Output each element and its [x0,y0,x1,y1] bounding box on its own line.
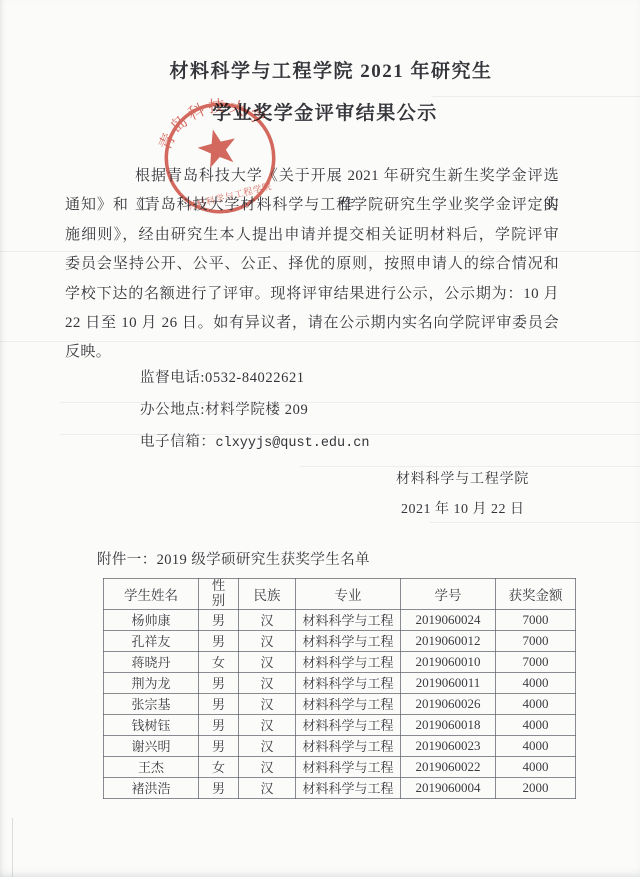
table-cell: 2019060022 [401,756,496,777]
table-cell: 女 [199,651,239,672]
table-cell: 材料科学与工程 [296,756,401,777]
table-cell: 汉 [239,714,296,735]
header-student-id: 学号 [401,579,496,610]
table-row: 王杰女汉材料科学与工程20190600224000 [104,756,576,777]
table-cell: 2000 [496,777,576,798]
header-award-amount: 获奖金额 [496,579,576,610]
table-cell: 荆为龙 [104,672,199,693]
table-cell: 4000 [496,735,576,756]
header-gender: 性别 [199,579,239,610]
table-cell: 材料科学与工程 [296,609,401,630]
table-cell: 2019060011 [401,672,496,693]
table-cell: 女 [199,756,239,777]
table-cell: 材料科学与工程 [296,735,401,756]
table-cell: 男 [199,609,239,630]
table-cell: 谢兴明 [104,735,199,756]
table-row: 蒋晓丹女汉材料科学与工程20190600107000 [104,651,576,672]
table-cell: 杨帅康 [104,609,199,630]
scan-artifact-line [430,522,640,523]
table-cell: 汉 [239,672,296,693]
office-location-line: 办公地点:材料学院楼 209 [140,398,308,419]
table-cell: 材料科学与工程 [296,693,401,714]
table-cell: 男 [199,693,239,714]
table-cell: 男 [199,777,239,798]
scan-artifact-line [432,96,640,97]
table-cell: 材料科学与工程 [296,777,401,798]
supervision-phone-line: 监督电话:0532-84022621 [140,366,305,387]
table-cell: 汉 [239,609,296,630]
table-row: 张宗基男汉材料科学与工程20190600264000 [104,693,576,714]
paragraph-line: 委员会坚持公开、公平、公正、择优的原则，按照申请人的综合情况和 [65,250,559,279]
email-line: 电子信箱：clxyyjs@qust.edu.cn [140,430,369,451]
header-student-name: 学生姓名 [104,579,199,610]
table-row: 钱树钰男汉材料科学与工程20190600184000 [104,714,576,735]
table-cell: 钱树钰 [104,714,199,735]
document-title-line1: 材料科学与工程学院 2021 年研究生 [11,56,640,83]
attachment-title: 附件一：2019 级学硕研究生获奖学生名单 [97,548,370,569]
table-cell: 7000 [496,651,576,672]
table-row: 谢兴明男汉材料科学与工程20190600234000 [104,735,576,756]
paragraph-line: 22 日至 10 月 26 日。如有异议者，请在公示期内实名向学院评审委员会 [65,309,559,338]
table-cell: 男 [199,735,239,756]
table-cell: 孔祥友 [104,630,199,651]
signature-organization: 材料科学与工程学院 [396,468,529,488]
table-cell: 2019060018 [401,714,496,735]
table-cell: 4000 [496,714,576,735]
table-row: 孔祥友男汉材料科学与工程20190600127000 [104,630,576,651]
email-address: clxyyjs@qust.edu.cn [216,436,370,451]
table-cell: 4000 [496,672,576,693]
table-header-row: 学生姓名 性别 民族 专业 学号 获奖金额 [104,579,576,610]
header-major: 专业 [296,579,401,610]
paragraph-line: 施细则》，经由研究生本人提出申请并提交相关证明材料后，学院评审 [65,221,559,250]
paragraph-line: 学校下达的名额进行了评审。现将评审结果进行公示，公示期为：10 月 [65,280,559,309]
table-cell: 材料科学与工程 [296,630,401,651]
table-cell: 褚洪浩 [104,777,199,798]
table-cell: 4000 [496,693,576,714]
table-cell: 7000 [496,630,576,651]
table-cell: 张宗基 [104,693,199,714]
signature-date: 2021 年 10 月 22 日 [401,498,525,518]
table-cell: 男 [199,672,239,693]
paragraph-line: 反映。 [65,338,559,367]
email-label: 电子信箱： [140,434,216,450]
award-results-table: 学生姓名 性别 民族 专业 学号 获奖金额 杨帅康男汉材料科学与工程201906… [103,578,576,799]
table-cell: 汉 [239,693,296,714]
scanned-document-page: 材料科学与工程学院 2021 年研究生 学业奖学金评审结果公示 青岛科技大学 材… [0,0,640,877]
table-cell: 男 [199,630,239,651]
table-row: 褚洪浩男汉材料科学与工程20190600042000 [104,777,576,798]
table-cell: 2019060026 [401,693,496,714]
table-cell: 王杰 [104,756,199,777]
table-cell: 2019060024 [401,609,496,630]
table-cell: 2019060010 [401,651,496,672]
table-cell: 材料科学与工程 [296,714,401,735]
table-cell: 材料科学与工程 [296,672,401,693]
document-title-line2: 学业奖学金评审结果公示 [5,98,640,125]
scan-artifact-line [300,466,640,467]
table-cell: 蒋晓丹 [104,651,199,672]
table-cell: 2019060004 [401,777,496,798]
table-cell: 4000 [496,756,576,777]
table-row: 杨帅康男汉材料科学与工程20190600247000 [104,609,576,630]
table-cell: 材料科学与工程 [296,651,401,672]
table-cell: 2019060023 [401,735,496,756]
scan-edge-line [12,818,13,877]
table-cell: 汉 [239,735,296,756]
table-row: 荆为龙男汉材料科学与工程20190600114000 [104,672,576,693]
announcement-paragraph: 根据青岛科技大学《关于开展 2021 年研究生新生奖学金评选工作的 通知》和《青… [65,162,559,368]
table-cell: 汉 [239,630,296,651]
table-cell: 汉 [239,651,296,672]
paragraph-line: 根据青岛科技大学《关于开展 2021 年研究生新生奖学金评选工作的 [65,162,559,191]
header-ethnicity: 民族 [239,579,296,610]
table-cell: 男 [199,714,239,735]
table-cell: 汉 [239,777,296,798]
table-cell: 2019060012 [401,630,496,651]
table-cell: 汉 [239,756,296,777]
table-cell: 7000 [496,609,576,630]
paragraph-line: 通知》和《青岛科技大学材料科学与工程学院研究生学业奖学金评定实 [65,191,559,220]
